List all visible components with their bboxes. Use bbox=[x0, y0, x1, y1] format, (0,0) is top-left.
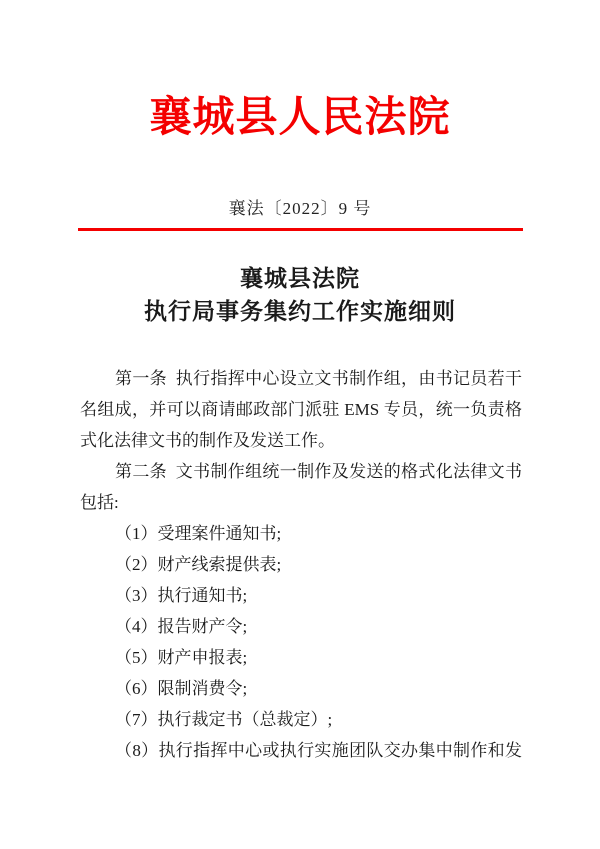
red-divider-line bbox=[78, 228, 523, 231]
body-line: （5）财产申报表; bbox=[80, 642, 522, 673]
body-line: （4）报告财产令; bbox=[80, 611, 522, 642]
body-line: （1）受理案件通知书; bbox=[80, 518, 522, 549]
body-line: （7）执行裁定书（总裁定）; bbox=[80, 704, 522, 735]
body-line: 式化法律文书的制作及发送工作。 bbox=[80, 425, 522, 456]
document-title: 襄城县法院 执行局事务集约工作实施细则 bbox=[0, 262, 600, 328]
body-line: 第一条 执行指挥中心设立文书制作组，由书记员若干 bbox=[80, 363, 522, 394]
body-line: 名组成，并可以商请邮政部门派驻 EMS 专员，统一负责格 bbox=[80, 394, 522, 425]
document-number: 襄法〔2022〕9 号 bbox=[0, 198, 600, 220]
court-header-title: 襄城县人民法院 bbox=[0, 92, 600, 144]
body-line: （2）财产线索提供表; bbox=[80, 549, 522, 580]
body-line: 第二条 文书制作组统一制作及发送的格式化法律文书 bbox=[80, 456, 522, 487]
document-body: 第一条 执行指挥中心设立文书制作组，由书记员若干名组成，并可以商请邮政部门派驻 … bbox=[80, 363, 522, 766]
document-page: 襄城县人民法院 襄法〔2022〕9 号 襄城县法院 执行局事务集约工作实施细则 … bbox=[0, 0, 600, 849]
document-title-line2: 执行局事务集约工作实施细则 bbox=[0, 295, 600, 328]
document-title-line1: 襄城县法院 bbox=[0, 262, 600, 295]
body-line: 包括: bbox=[80, 487, 522, 518]
body-line: （3）执行通知书; bbox=[80, 580, 522, 611]
body-line: （6）限制消费令; bbox=[80, 673, 522, 704]
body-line: （8）执行指挥中心或执行实施团队交办集中制作和发 bbox=[80, 735, 522, 766]
